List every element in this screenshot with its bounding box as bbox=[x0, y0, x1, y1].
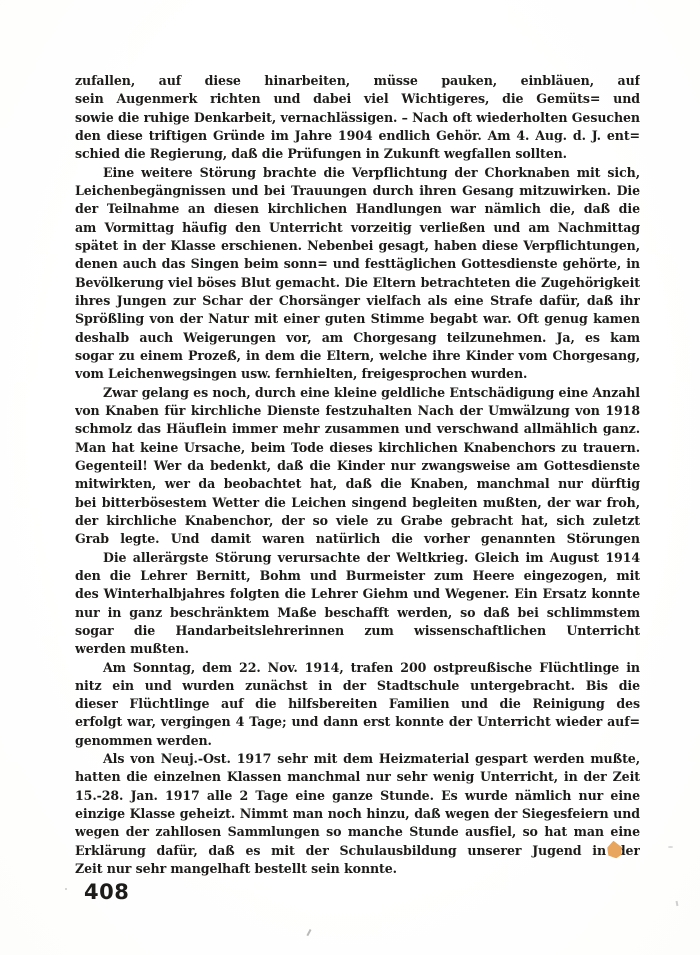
text-line: denen auch das Singen beim sonn= und fes… bbox=[75, 255, 640, 273]
text-line: mitwirkten, wer da beobachtet hat, daß d… bbox=[75, 475, 640, 493]
text-line: Gegenteil! Wer da bedenkt, daß die Kinde… bbox=[75, 457, 640, 475]
text-line: Leichenbegängnissen und bei Trauungen du… bbox=[75, 182, 640, 200]
text-line: nitz ein und wurden zunächst in der Stad… bbox=[75, 677, 640, 695]
text-line: deshalb auch Weigerungen vor, am Chorges… bbox=[75, 329, 640, 347]
text-line: Sprößling von der Natur mit einer guten … bbox=[75, 310, 640, 328]
text-line: den diese triftigen Gründe im Jahre 1904… bbox=[75, 127, 640, 145]
text-line: der kirchliche Knabenchor, der so viele … bbox=[75, 512, 640, 530]
page-text: zufallen, auf diese hinarbeiten, müsse p… bbox=[75, 72, 640, 878]
text-line: nur in ganz beschränktem Maße beschafft … bbox=[75, 604, 640, 622]
text-line: einzige Klasse geheizt. Nimmt man noch h… bbox=[75, 805, 640, 823]
text-line: Man hat keine Ursache, beim Tode dieses … bbox=[75, 439, 640, 457]
text-line: sogar die Handarbeitslehrerinnen zum wis… bbox=[75, 622, 640, 640]
text-line: Bevölkerung viel böses Blut gemacht. Die… bbox=[75, 274, 640, 292]
text-line: Zwar gelang es noch, durch eine kleine g… bbox=[75, 384, 640, 402]
text-line: erfolgt war, vergingen 4 Tage; und dann … bbox=[75, 713, 640, 731]
text-line: zufallen, auf diese hinarbeiten, müsse p… bbox=[75, 72, 640, 90]
text-line: von Knaben für kirchliche Dienste festzu… bbox=[75, 402, 640, 420]
scan-speck bbox=[668, 846, 673, 848]
text-line: vom Leichenwegsingen usw. fernhielten, f… bbox=[75, 365, 640, 383]
text-line: spätet in der Klasse erschienen. Nebenbe… bbox=[75, 237, 640, 255]
text-line: schmolz das Häuflein immer mehr zusammen… bbox=[75, 420, 640, 438]
text-line: Erklärung dafür, daß es mit der Schulaus… bbox=[75, 842, 640, 860]
text-line: sein Augenmerk richten und dabei viel Wi… bbox=[75, 90, 640, 108]
text-line: der Teilnahme an diesen kirchlichen Hand… bbox=[75, 200, 640, 218]
text-line: hatten die einzelnen Klassen manchmal nu… bbox=[75, 768, 640, 786]
text-line: genommen werden. bbox=[75, 732, 640, 750]
book-page-scan: zufallen, auf diese hinarbeiten, müsse p… bbox=[0, 0, 700, 955]
text-line: 15.-28. Jan. 1917 alle 2 Tage eine ganze… bbox=[75, 787, 640, 805]
text-line: Am Sonntag, dem 22. Nov. 1914, trafen 20… bbox=[75, 659, 640, 677]
scan-speck bbox=[65, 888, 67, 890]
scan-speck bbox=[676, 901, 678, 906]
text-line: Eine weitere Störung brachte die Verpfli… bbox=[75, 164, 640, 182]
text-line: Als von Neuj.-Ost. 1917 sehr mit dem Hei… bbox=[75, 750, 640, 768]
text-line: Grab legte. Und damit waren natürlich di… bbox=[75, 530, 640, 548]
text-line: wegen der zahllosen Sammlungen so manche… bbox=[75, 823, 640, 841]
page-number: 408 bbox=[84, 880, 129, 904]
text-line: Zeit nur sehr mangelhaft bestellt sein k… bbox=[75, 860, 640, 878]
text-line: bei bitterbösestem Wetter die Leichen si… bbox=[75, 494, 640, 512]
text-line: sogar zu einem Prozeß, in dem die Eltern… bbox=[75, 347, 640, 365]
text-line: schied die Regierung, daß die Prüfungen … bbox=[75, 145, 640, 163]
text-line: ihres Jungen zur Schar der Chorsänger vi… bbox=[75, 292, 640, 310]
text-line: am Vormittag häufig den Unterricht vorze… bbox=[75, 219, 640, 237]
text-line: dieser Flüchtlinge auf die hilfsbereiten… bbox=[75, 695, 640, 713]
scan-speck bbox=[306, 929, 311, 936]
text-line: des Winterhalbjahres folgten die Lehrer … bbox=[75, 585, 640, 603]
text-line: sowie die ruhige Denkarbeit, vernachläss… bbox=[75, 109, 640, 127]
text-line: Die allerärgste Störung verursachte der … bbox=[75, 549, 640, 567]
text-line: werden mußten. bbox=[75, 640, 640, 658]
text-line: den die Lehrer Bernitt, Bohm und Burmeis… bbox=[75, 567, 640, 585]
